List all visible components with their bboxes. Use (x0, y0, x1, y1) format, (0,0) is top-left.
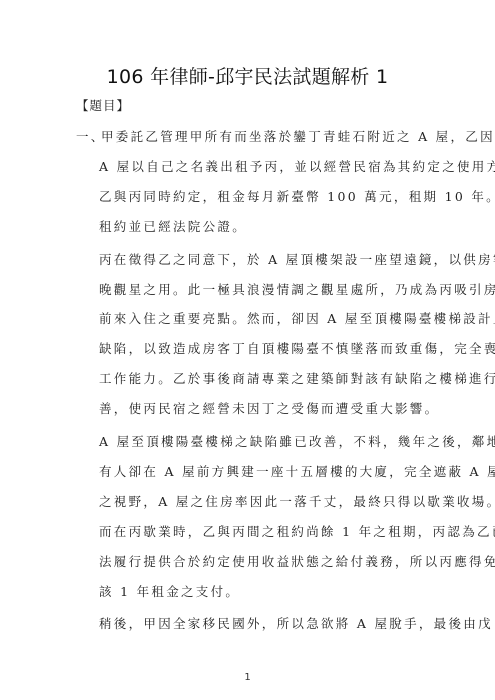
paragraph-line: 稍後，甲因全家移民國外，所以急欲將 A 屋脫手，最後由戊自甲 (99, 616, 495, 632)
paragraph-line: 而在丙歇業時，乙與丙間之租約尚餘 1 年之租期，丙認為乙已無 (99, 524, 495, 540)
paragraph-line: 善，使丙民宿之經營未因丁之受傷而遭受重大影響。 (99, 401, 439, 417)
paragraph-line: 法履行提供合於約定使用收益狀態之給付義務，所以丙應得免除 (99, 554, 495, 570)
paragraph-line: 工作能力。乙於事後商請專業之建築師對該有缺陷之樓梯進行改 (99, 371, 495, 387)
page-number: 1 (0, 672, 495, 683)
document-page: 106 年律師-邱宇民法試題解析 1 【題目】 一、 甲委託乙管理甲所有而坐落於… (0, 0, 495, 700)
paragraph-line: A 屋以自己之名義出租予丙，並以經營民宿為其約定之使用方法。 (99, 159, 495, 175)
paragraph-line: 甲委託乙管理甲所有而坐落於鑾丁青蛙石附近之 A 屋，乙因此將 (101, 129, 495, 145)
paragraph-line: 乙與丙同時約定，租金每月新臺幣 100 萬元，租期 10 年。此一 (99, 189, 495, 205)
paragraph-line: 有人卻在 A 屋前方興建一座十五層樓的大廈，完全遮蔽 A 屋觀星 (99, 464, 495, 480)
paragraph-line: 前來入住之重要亮點。然而，卻因 A 屋至頂樓陽臺樓梯設計上之 (99, 311, 495, 327)
paragraph-line: 租約並已經法院公證。 (99, 219, 247, 235)
paragraph-line: A 屋至頂樓陽臺樓梯之缺陷雖已改善，不料，幾年之後，鄰地所 (99, 434, 495, 450)
paragraph-line: 丙在徵得乙之同意下，於 A 屋頂樓架設一座望遠鏡，以供房客夜 (99, 252, 495, 268)
paragraph-line: 該 1 年租金之支付。 (99, 584, 240, 600)
document-title: 106 年律師-邱宇民法試題解析 1 (0, 62, 495, 89)
section-heading: 【題目】 (76, 96, 130, 114)
paragraph-line: 晚觀星之用。此一極具浪漫情調之觀星處所，乃成為丙吸引房客 (99, 282, 495, 298)
paragraph-line: 缺陷，以致造成房客丁自頂樓陽臺不慎墜落而致重傷，完全喪失 (99, 341, 495, 357)
paragraph-line: 之視野，A 屋之住房率因此一落千丈，最終只得以歇業收場。然 (99, 494, 495, 510)
